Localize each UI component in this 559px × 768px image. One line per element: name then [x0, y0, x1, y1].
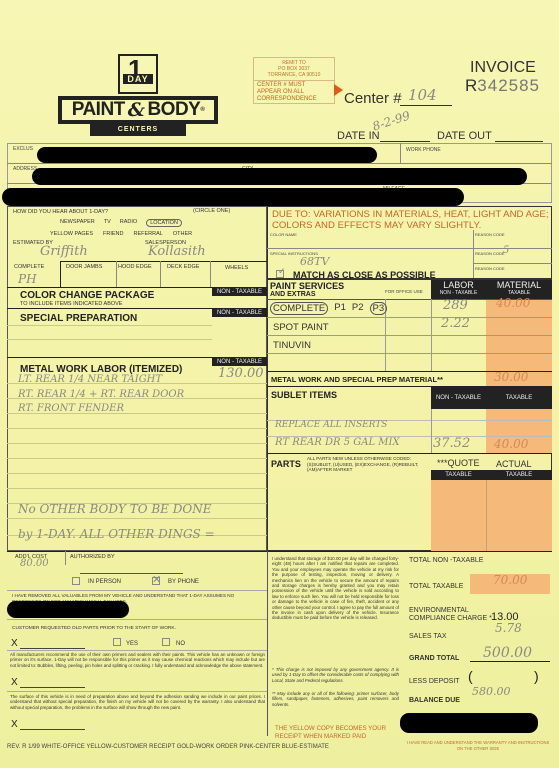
referral-option-location[interactable]: LOCATION	[146, 219, 182, 227]
referral-options-row1: NEWSPAPER TV RADIO LOCATION	[60, 219, 182, 227]
invoice-prefix: R	[465, 76, 477, 95]
material-header-label: MATERIAL	[486, 280, 552, 290]
total-taxable-label: TOTAL TAXABLE	[409, 583, 463, 590]
complete-material-value: 40.00	[496, 296, 530, 310]
invoice-title: INVOICE	[470, 59, 536, 77]
quote-sub-header: TAXABLE	[431, 470, 486, 480]
referral-option-radio[interactable]: RADIO	[120, 219, 137, 227]
reason-code-label: REASON CODE	[475, 232, 505, 237]
environmental-charge-note: * This charge is not imposed by any gove…	[272, 667, 399, 683]
remit-line: TORRANCE, CA 90510	[256, 72, 332, 78]
date-in-field[interactable]: DATE IN	[337, 130, 430, 142]
less-deposit-label: LESS DEPOSIT	[409, 678, 460, 685]
referral-option-other[interactable]: OTHER	[173, 231, 192, 237]
paint-services-subtitle: AND EXTRAS	[270, 291, 316, 298]
primer-notice: All manufacturers recommend the use of t…	[10, 652, 265, 668]
referral-question: HOW DID YOU HEAR ABOUT 1-DAY?	[13, 209, 108, 215]
surface-notice: The surface of this vehicle is in need o…	[10, 694, 265, 710]
center-notice-line: CORRESPONDENCE	[257, 96, 331, 103]
sublet-tax-header: TAXABLE	[486, 387, 552, 409]
color-name-label: COLOR NAME	[270, 232, 297, 237]
actual-sub-header: TAXABLE	[486, 470, 552, 480]
checkmark-icon: ✓	[278, 266, 286, 277]
actual-header: ACTUAL	[496, 459, 532, 469]
total-taxable-value: 70.00	[493, 573, 527, 587]
metal-work-note-line: No OTHER BODY TO BE DONE	[18, 502, 211, 516]
redacted-address	[32, 168, 527, 185]
center-number-field[interactable]	[400, 105, 452, 106]
spot-paint-label: SPOT PAINT	[273, 322, 329, 333]
date-out-field[interactable]: DATE OUT	[437, 130, 543, 142]
redacted-vehicle	[2, 188, 464, 206]
center-notice-line: CENTER # MUST	[257, 82, 331, 89]
total-nontax-label: TOTAL NON -TAXABLE	[409, 557, 483, 564]
logo-ampersand: &	[128, 99, 145, 121]
metal-work-line: LT. REAR 1/4 NEAR TAIGHT	[18, 374, 162, 385]
referral-option-tv[interactable]: TV	[104, 219, 111, 227]
less-deposit-field[interactable]	[474, 672, 532, 686]
metal-work-line: RT. FRONT FENDER	[18, 403, 124, 414]
referral-option-newspaper[interactable]: NEWSPAPER	[60, 219, 95, 227]
complete-initials: PH	[18, 272, 37, 286]
work-phone-label: WORK PHONE	[406, 147, 441, 153]
color-variation-warning: DUE TO: VARIATIONS IN MATERIALS, HEAT, L…	[272, 209, 550, 231]
special-prep-title: SPECIAL PREPARATION	[20, 313, 137, 324]
materials-note: ** May include any or all of the followi…	[272, 691, 399, 707]
in-person-checkbox[interactable]	[72, 577, 80, 585]
option-door-jambs[interactable]: DOOR JAMBS	[66, 264, 102, 270]
grand-total-value: 500.00	[483, 645, 532, 661]
receipt-notice: THE YELLOW COPY BECOMES YOUR RECEIPT WHE…	[275, 725, 400, 740]
spot-paint-labor-value: 2.22	[441, 316, 470, 331]
deposit-open-bracket: (	[468, 668, 473, 684]
paint-services-title: PAINT SERVICES	[270, 281, 344, 291]
date-in-label: DATE IN	[337, 130, 380, 142]
primer-signature-x: X	[11, 677, 18, 688]
name-label: EXCLUS	[13, 146, 33, 152]
level-p3[interactable]: P3	[370, 302, 388, 315]
sublet-title: SUBLET ITEMS	[271, 390, 337, 400]
logo-badge: 1 DAY	[118, 54, 158, 94]
tinuvin-label: TINUVIN	[273, 340, 311, 351]
env-charge-label: ENVIRONMENTAL COMPLIANCE CHARGE *	[409, 607, 492, 623]
authorized-by-label: AUTHORIZED BY	[70, 554, 115, 560]
company-logo: 1 DAY PAINT & BODY ® CENTERS	[58, 52, 218, 134]
storage-terms: I understand that storage of $10.00 per …	[272, 556, 399, 621]
referral-option-friend[interactable]: FRIEND	[103, 231, 123, 237]
office-use-label: FOR OFFICE USE	[385, 289, 423, 294]
quote-header: ***QUOTE	[437, 458, 480, 468]
color-change-tax-label: NON - TAXABLE	[212, 288, 267, 296]
labor-header-label: LABOR	[431, 280, 486, 290]
complete-option[interactable]: COMPLETE	[270, 302, 328, 315]
labor-header-sub: NON - TAXABLE	[431, 290, 486, 297]
referral-option-referral[interactable]: REFERRAL	[133, 231, 162, 237]
copy-distribution-footer: REV. R 1/99 WHITE-OFFICE YELLOW-CUSTOMER…	[7, 744, 329, 750]
complete-labor-value: 289	[443, 298, 468, 313]
redacted-customer-signature	[400, 713, 538, 733]
center-notice-line: APPEAR ON ALL	[257, 89, 331, 96]
metal-work-note-line: by 1-DAY. ALL OTHER DINGS =	[18, 527, 215, 541]
old-parts-label: CUSTOMER REQUESTED OLD PARTS PRIOR TO TH…	[12, 626, 176, 631]
yes-checkbox[interactable]	[113, 638, 121, 646]
no-checkbox[interactable]	[162, 638, 170, 646]
by-phone-label: BY PHONE	[168, 579, 199, 585]
reason-code-value: 5	[503, 245, 509, 256]
remit-box: REMIT TO PO BOX 3037 TORRANCE, CA 90510	[253, 57, 335, 81]
logo-text-right: BODY	[147, 99, 200, 121]
logo-subtext: CENTERS	[90, 124, 186, 136]
invoice-number-value: 342585	[477, 76, 540, 95]
parts-note: ALL PARTS NEW UNLESS OTHERWISE CODED: (S…	[307, 456, 427, 473]
old-parts-signature-x: X	[11, 638, 18, 649]
sublet-line-desc: RT REAR DR 5 GAL MIX	[275, 437, 400, 448]
sublet-nontax-header: NON - TAXABLE	[431, 387, 486, 409]
level-p2[interactable]: P2	[352, 302, 364, 315]
logo-text-left: PAINT	[72, 99, 125, 121]
balance-due-value: 580.00	[472, 685, 511, 698]
metal-work-line: RT. REAR 1/4 + RT. REAR DOOR	[18, 389, 184, 400]
redacted-name	[37, 147, 377, 163]
metal-work-amount: 130.00	[218, 366, 264, 381]
estimated-by-value: Griffith	[40, 244, 88, 259]
center-number-label: Center #	[344, 90, 402, 107]
referral-options-row2: YELLOW PAGES FRIEND REFERRAL OTHER	[50, 231, 192, 237]
env-charge-label-2: COMPLIANCE CHARGE *	[409, 615, 492, 623]
addl-cost-value: 80.00	[20, 558, 49, 569]
special-prep-tax-label: NON - TAXABLE	[212, 309, 267, 317]
parts-fill	[431, 480, 552, 551]
option-deck-edge[interactable]: DECK EDGE	[167, 264, 199, 270]
referral-option-yellow-pages[interactable]: YELLOW PAGES	[50, 231, 93, 237]
parts-title: PARTS	[271, 459, 301, 469]
special-instructions-value: 68TV	[300, 255, 329, 268]
sales-tax-label: SALES TAX	[409, 633, 446, 640]
surface-signature-x: X	[11, 719, 18, 730]
center-notice-box: CENTER # MUST APPEAR ON ALL CORRESPONDEN…	[253, 80, 335, 104]
level-p1[interactable]: P1	[334, 302, 346, 315]
metal-work-tax-label: NON - TAXABLE	[212, 358, 267, 366]
color-change-title: COLOR CHANGE PACKAGE	[20, 290, 154, 301]
balance-due-label: BALANCE DUE	[409, 697, 460, 704]
grand-total-label: GRAND TOTAL	[409, 655, 459, 662]
invoice-number: R342585	[465, 76, 540, 96]
arrow-right-icon	[334, 84, 343, 96]
invoice-page: 1 DAY PAINT & BODY ® CENTERS REMIT TO PO…	[0, 0, 559, 768]
option-hood-edge[interactable]: HOOD EDGE	[118, 264, 152, 270]
yes-label: YES	[126, 641, 138, 647]
date-out-label: DATE OUT	[437, 130, 492, 142]
logo-badge-text: DAY	[123, 74, 153, 84]
labor-header: LABOR NON - TAXABLE	[431, 280, 486, 299]
registered-mark: ®	[200, 107, 204, 113]
no-label: NO	[176, 641, 185, 647]
option-wheels[interactable]: WHEELS	[225, 265, 248, 271]
salesperson-value: Kollasith	[148, 244, 206, 259]
logo-main: PAINT & BODY ®	[58, 96, 218, 124]
sublet-nontax-value: 37.52	[433, 436, 470, 451]
referral-instruction: (CIRCLE ONE)	[193, 208, 230, 214]
sublet-line-desc: REPLACE ALL INSERTS	[275, 420, 387, 430]
color-change-subtitle: TO INCLUDE ITEMS INDICATED ABOVE	[20, 301, 122, 307]
env-charge-label-1: ENVIRONMENTAL	[409, 607, 492, 615]
complete-levels-row: COMPLETE P1 P2 P3	[270, 302, 387, 315]
x-mark-icon: ✕	[152, 573, 161, 586]
reason-code-label: REASON CODE	[475, 266, 505, 271]
warranty-notice: I HAVE READ AND UNDERSTAND THE WARRANTY …	[403, 740, 553, 751]
metal-prep-material-value: 30.00	[494, 370, 528, 384]
in-person-label: IN PERSON	[88, 579, 121, 585]
sublet-tax-value: 40.00	[494, 437, 528, 451]
deposit-close-bracket: )	[534, 668, 539, 684]
option-complete[interactable]: COMPLETE	[14, 264, 44, 270]
redacted-signature	[7, 601, 129, 618]
reason-code-label: REASON CODE	[475, 251, 505, 256]
center-number-value: 104	[408, 86, 437, 104]
sales-tax-value: 5.78	[495, 621, 522, 635]
metal-prep-label: METAL WORK AND SPECIAL PREP MATERIAL**	[271, 375, 443, 384]
